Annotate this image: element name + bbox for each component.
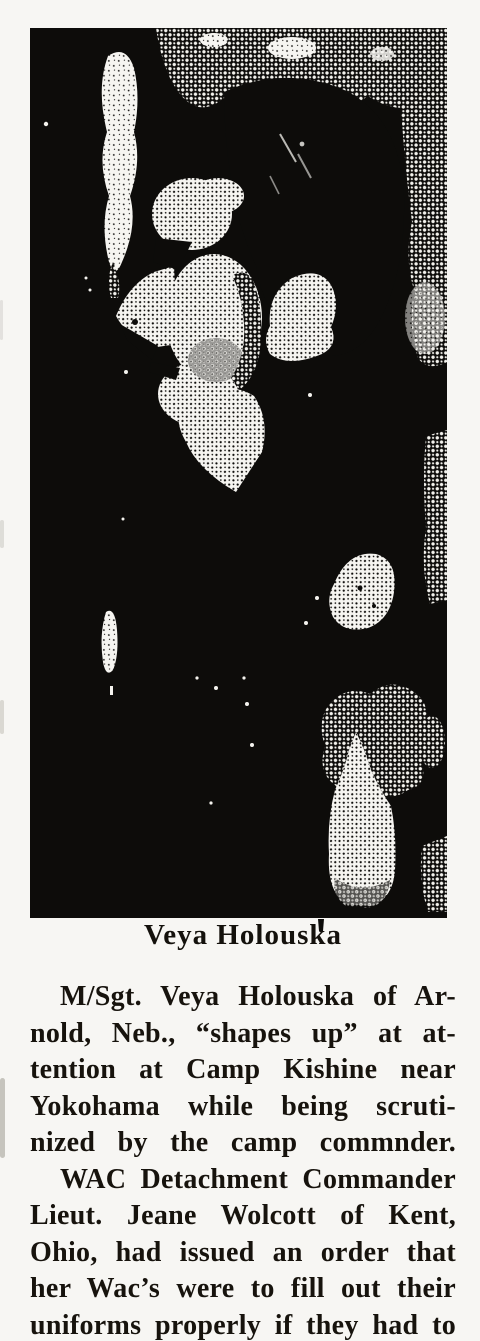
article-line: nold, Neb., “shapes up” at at- bbox=[30, 1016, 456, 1053]
newspaper-clipping-page: Veya Holouska M/Sgt. Veya Holouska of Ar… bbox=[0, 0, 480, 1341]
article-line: nized by the camp commnder. bbox=[30, 1125, 456, 1162]
article-line: Ohio, had issued an order that bbox=[30, 1235, 456, 1272]
article-line: uniforms properly if they had to bbox=[30, 1308, 456, 1341]
article-line: M/Sgt. Veya Holouska of Ar- bbox=[30, 979, 456, 1016]
article-paragraph-2: WAC Detachment Commander Lieut. Jeane Wo… bbox=[30, 1162, 456, 1341]
scan-smudge bbox=[0, 300, 3, 340]
photo-caption: Veya Holouska bbox=[30, 918, 456, 952]
article-line: Yokohama while being scruti- bbox=[30, 1089, 456, 1126]
news-photo bbox=[30, 28, 448, 933]
article-line: tention at Camp Kishine near bbox=[30, 1052, 456, 1089]
scan-smudge bbox=[0, 700, 4, 734]
article-line: Lieut. Jeane Wolcott of Kent, bbox=[30, 1198, 456, 1235]
article-line: her Wac’s were to fill out their bbox=[30, 1271, 456, 1308]
scan-smudge bbox=[0, 1078, 5, 1158]
article-paragraph-1: M/Sgt. Veya Holouska of Ar- nold, Neb., … bbox=[30, 979, 456, 1162]
article-line: WAC Detachment Commander bbox=[30, 1162, 456, 1199]
scan-smudge bbox=[0, 520, 4, 548]
article-body: M/Sgt. Veya Holouska of Ar- nold, Neb., … bbox=[30, 979, 456, 1341]
halftone-photo bbox=[30, 28, 448, 933]
